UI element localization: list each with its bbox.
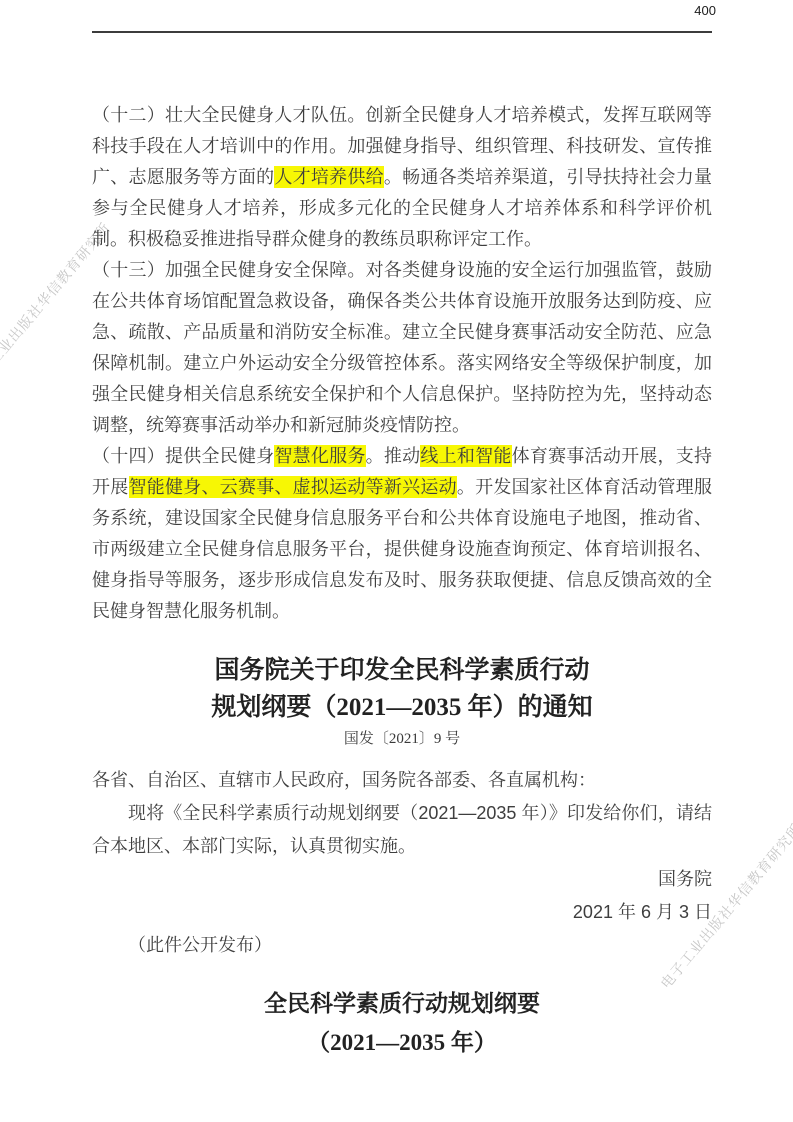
paragraph-text: （十四）提供全民健身 <box>92 446 274 466</box>
notice-title: 国务院关于印发全民科学素质行动 规划纲要（2021—2035 年）的通知 <box>92 652 712 726</box>
highlighted-text: 智慧化服务 <box>274 445 365 467</box>
highlighted-text: 智能健身、云赛事、虚拟运动等新兴运动 <box>129 476 457 498</box>
publish-note: （此件公开发布） <box>92 929 712 962</box>
page-number: 400 <box>694 3 716 18</box>
sign-date: 2021 年 6 月 3 日 <box>92 896 712 929</box>
salutation: 各省、自治区、直辖市人民政府，国务院各部委、各直属机构： <box>92 764 712 797</box>
notice-title-line1: 国务院关于印发全民科学素质行动 <box>92 652 712 689</box>
doc-number: 国发〔2021〕9 号 <box>92 728 712 750</box>
notice-body-block: 各省、自治区、直辖市人民政府，国务院各部委、各直属机构： 现将《全民科学素质行动… <box>92 764 712 962</box>
para-13: （十三）加强全民健身安全保障。对各类健身设施的安全运行加强监管，鼓励在公共体育场… <box>92 255 712 441</box>
notice-title-line2: 规划纲要（2021—2035 年）的通知 <box>92 689 712 726</box>
content-area: （十二）壮大全民健身人才队伍。创新全民健身人才培养模式，发挥互联网等科技手段在人… <box>92 100 712 1062</box>
outline-title: 全民科学素质行动规划纲要 （2021—2035 年） <box>92 984 712 1062</box>
document-page: 400 电子工业出版社华信教育研究所 电子工业出版社华信教育研究所 （十二）壮大… <box>0 0 793 1122</box>
notice-body: 现将《全民科学素质行动规划纲要（2021—2035 年）》印发给你们，请结合本地… <box>92 797 712 863</box>
signer: 国务院 <box>92 863 712 896</box>
highlighted-text: 人才培养供给 <box>274 166 383 188</box>
para-12: （十二）壮大全民健身人才队伍。创新全民健身人才培养模式，发挥互联网等科技手段在人… <box>92 100 712 255</box>
body-paragraphs: （十二）壮大全民健身人才队伍。创新全民健身人才培养模式，发挥互联网等科技手段在人… <box>92 100 712 627</box>
paragraph-text: 。开发国家社区体育活动管理服务系统，建设国家全民健身信息服务平台和公共体育设施电… <box>92 477 712 621</box>
paragraph-text: 。推动 <box>366 446 421 466</box>
highlighted-text: 线上和智能 <box>420 445 511 467</box>
outline-title-line1: 全民科学素质行动规划纲要 <box>92 984 712 1023</box>
paragraph-text: （十三）加强全民健身安全保障。对各类健身设施的安全运行加强监管，鼓励在公共体育场… <box>92 260 712 435</box>
para-14: （十四）提供全民健身智慧化服务。推动线上和智能体育赛事活动开展，支持开展智能健身… <box>92 441 712 627</box>
header-rule <box>92 31 712 33</box>
outline-title-line2: （2021—2035 年） <box>92 1023 712 1062</box>
